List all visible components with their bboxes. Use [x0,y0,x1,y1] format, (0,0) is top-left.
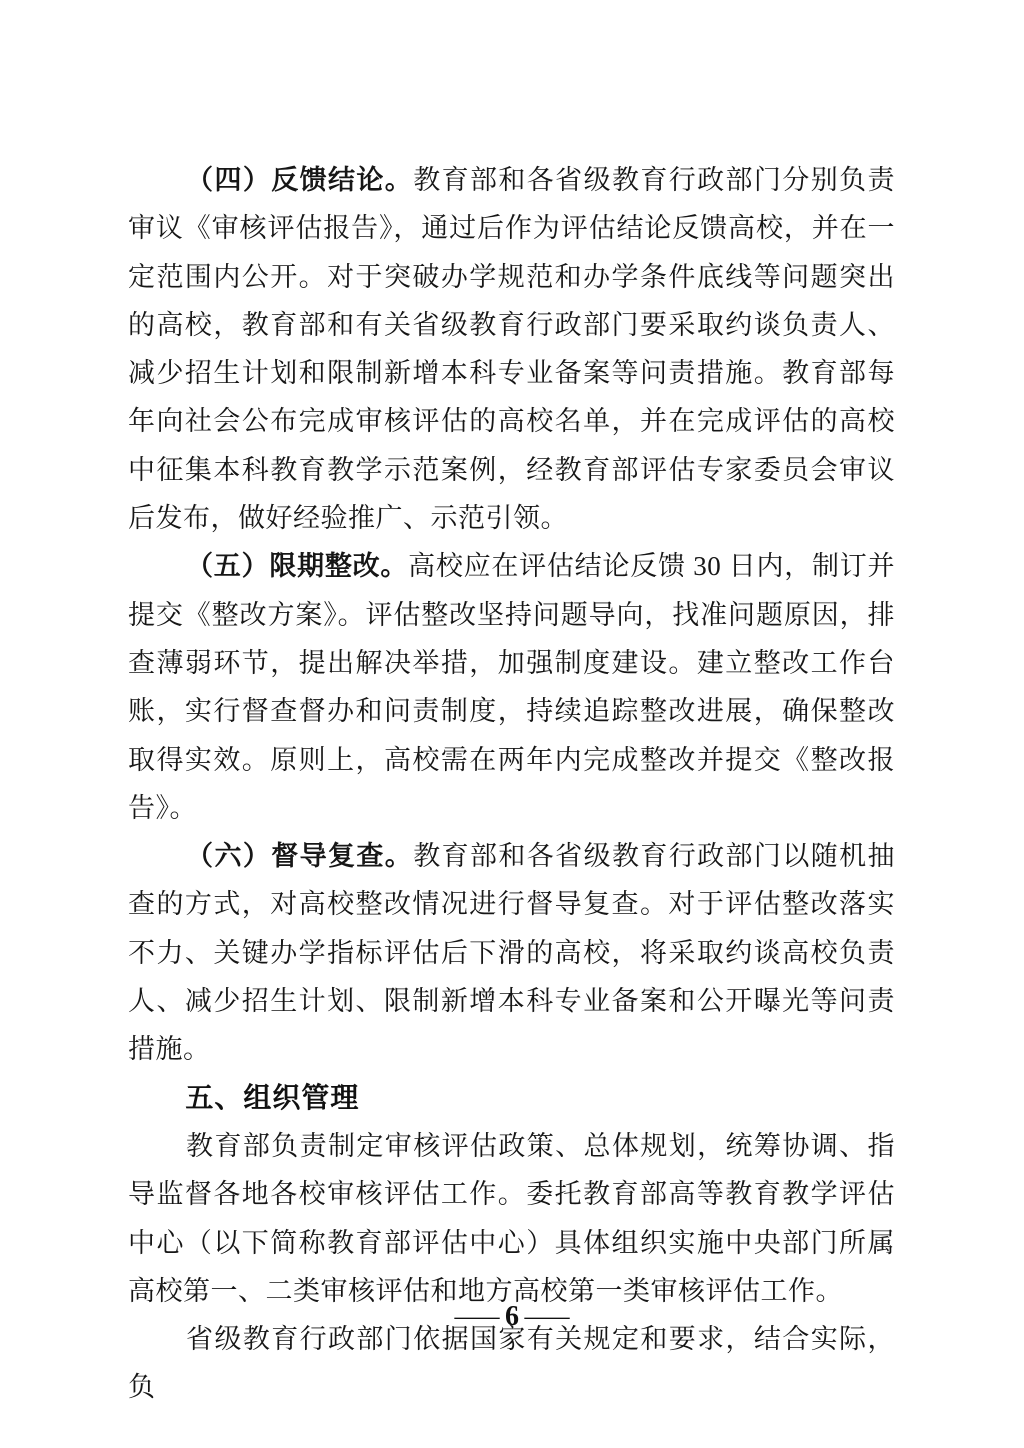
page-number-dash-right: — [525,1297,570,1337]
paragraph-lead-6: （六）督导复查。 [186,841,413,871]
paragraph-lead-5: （五）限期整改。 [186,551,408,581]
paragraph-item-6-supervision-review: （六）督导复查。教育部和各省级教育行政部门以随机抽查的方式，对高校整改情况进行督… [128,832,895,1073]
page-number: 6 [505,1297,519,1337]
paragraph-org-management-1: 教育部负责制定审核评估政策、总体规划，统筹协调、指导监督各地各校审核评估工作。委… [128,1122,895,1315]
paragraph-text-4: 教育部和各省级教育行政部门分别负责审议《审核评估报告》，通过后作为评估结论反馈高… [128,165,895,533]
document-page: （四）反馈结论。教育部和各省级教育行政部门分别负责审议《审核评估报告》，通过后作… [0,0,1024,1448]
paragraph-item-4-feedback-conclusion: （四）反馈结论。教育部和各省级教育行政部门分别负责审议《审核评估报告》，通过后作… [128,156,895,542]
section-heading-organization-management: 五、组织管理 [128,1074,895,1122]
paragraph-lead-4: （四）反馈结论。 [186,165,413,195]
paragraph-text-5: 高校应在评估结论反馈 30 日内，制订并提交《整改方案》。评估整改坚持问题导向，… [128,551,895,822]
page-number-dash-left: — [455,1297,500,1337]
document-body: （四）反馈结论。教育部和各省级教育行政部门分别负责审议《审核评估报告》，通过后作… [128,156,895,1412]
paragraph-item-5-rectification-deadline: （五）限期整改。高校应在评估结论反馈 30 日内，制订并提交《整改方案》。评估整… [128,542,895,832]
page-footer: —6— [0,1297,1024,1337]
paragraph-text-6: 教育部和各省级教育行政部门以随机抽查的方式，对高校整改情况进行督导复查。对于评估… [128,841,895,1064]
